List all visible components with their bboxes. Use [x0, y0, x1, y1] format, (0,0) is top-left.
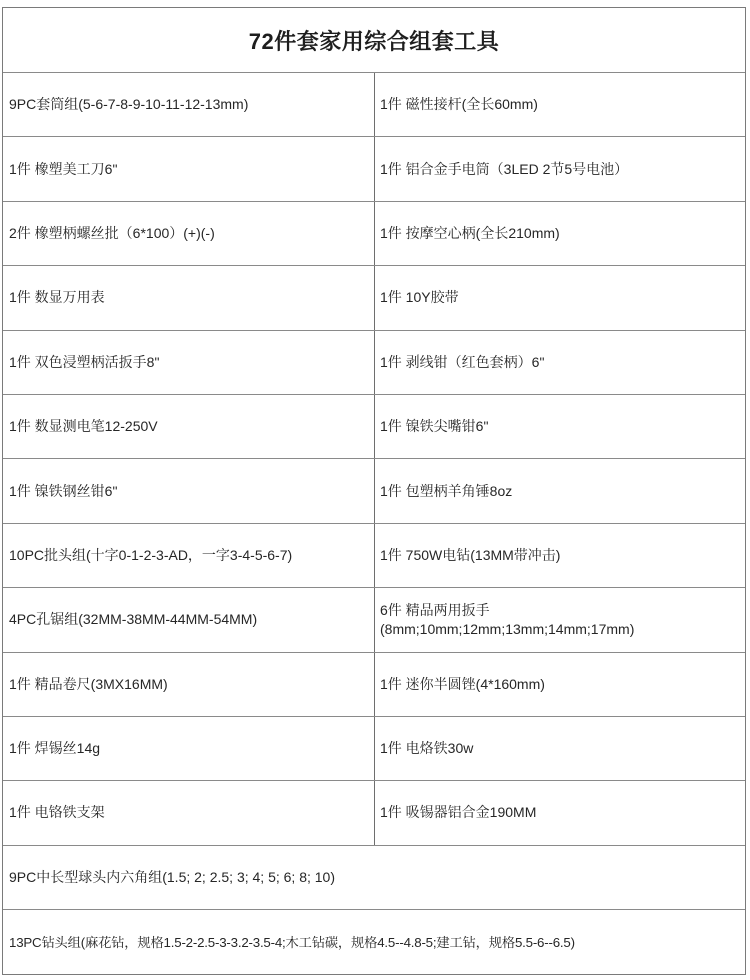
table-cell-left: 1件 橡塑美工刀6": [3, 137, 375, 200]
table-cell-left: 1件 镍铁钢丝钳6": [3, 459, 375, 522]
table-title-row: 72件套家用综合组套工具: [3, 8, 745, 73]
table-cell-right: 1件 剥线钳（红色套柄）6": [375, 331, 745, 394]
table-cell-left: 1件 数显测电笔12-250V: [3, 395, 375, 458]
table-row: 1件 镍铁钢丝钳6" 1件 包塑柄羊角锤8oz: [3, 459, 745, 523]
table-cell-right: 1件 磁性接杆(全长60mm): [375, 73, 745, 136]
table-cell-right: 6件 精品两用扳手 (8mm;10mm;12mm;13mm;14mm;17mm): [375, 588, 745, 651]
table-cell-left: 9PC套筒组(5-6-7-8-9-10-11-12-13mm): [3, 73, 375, 136]
table-row-full: 13PC钻头组(麻花钻，规格1.5-2-2.5-3-3.2-3.5-4;木工钻碳…: [3, 910, 745, 974]
table-row: 9PC套筒组(5-6-7-8-9-10-11-12-13mm) 1件 磁性接杆(…: [3, 73, 745, 137]
table-cell-right: 1件 镍铁尖嘴钳6": [375, 395, 745, 458]
table-row: 1件 双色浸塑柄活扳手8" 1件 剥线钳（红色套柄）6": [3, 331, 745, 395]
table-cell-left: 1件 电铬铁支架: [3, 781, 375, 844]
table-cell-left: 4PC孔锯组(32MM-38MM-44MM-54MM): [3, 588, 375, 651]
table-cell-right: 1件 铝合金手电筒（3LED 2节5号电池）: [375, 137, 745, 200]
table-cell-full: 13PC钻头组(麻花钻，规格1.5-2-2.5-3-3.2-3.5-4;木工钻碳…: [3, 910, 745, 974]
table-cell-left: 1件 数显万用表: [3, 266, 375, 329]
table-cell-left: 1件 精品卷尺(3MX16MM): [3, 653, 375, 716]
cell-line-1: 6件 精品两用扳手: [380, 601, 745, 620]
table-cell-right: 1件 电烙铁30w: [375, 717, 745, 780]
table-cell-right: 1件 吸锡器铝合金190MM: [375, 781, 745, 844]
table-row: 10PC批头组(十字0-1-2-3-AD，一字3-4-5-6-7) 1件 750…: [3, 524, 745, 588]
table-row: 1件 橡塑美工刀6" 1件 铝合金手电筒（3LED 2节5号电池）: [3, 137, 745, 201]
table-cell-left: 2件 橡塑柄螺丝批（6*100）(+)(-): [3, 202, 375, 265]
table-cell-right: 1件 包塑柄羊角锤8oz: [375, 459, 745, 522]
table-cell-right: 1件 按摩空心柄(全长210mm): [375, 202, 745, 265]
table-cell-left: 1件 焊锡丝14g: [3, 717, 375, 780]
table-row: 1件 精品卷尺(3MX16MM) 1件 迷你半圆锉(4*160mm): [3, 653, 745, 717]
table-title: 72件套家用综合组套工具: [249, 25, 499, 56]
table-cell-full: 9PC中长型球头内六角组(1.5; 2; 2.5; 3; 4; 5; 6; 8;…: [3, 846, 745, 909]
table-row: 2件 橡塑柄螺丝批（6*100）(+)(-) 1件 按摩空心柄(全长210mm): [3, 202, 745, 266]
table-cell-right: 1件 迷你半圆锉(4*160mm): [375, 653, 745, 716]
table-row: 1件 数显测电笔12-250V 1件 镍铁尖嘴钳6": [3, 395, 745, 459]
table-row-full: 9PC中长型球头内六角组(1.5; 2; 2.5; 3; 4; 5; 6; 8;…: [3, 846, 745, 910]
table-row: 1件 数显万用表 1件 10Y胶带: [3, 266, 745, 330]
table-cell-right: 1件 750W电钻(13MM带冲击): [375, 524, 745, 587]
table-row: 4PC孔锯组(32MM-38MM-44MM-54MM) 6件 精品两用扳手 (8…: [3, 588, 745, 652]
table-row: 1件 焊锡丝14g 1件 电烙铁30w: [3, 717, 745, 781]
table-cell-left: 10PC批头组(十字0-1-2-3-AD，一字3-4-5-6-7): [3, 524, 375, 587]
table-cell-left: 1件 双色浸塑柄活扳手8": [3, 331, 375, 394]
table-cell-right: 1件 10Y胶带: [375, 266, 745, 329]
tool-set-spec-table: 72件套家用综合组套工具 9PC套筒组(5-6-7-8-9-10-11-12-1…: [2, 7, 746, 975]
cell-line-2: (8mm;10mm;12mm;13mm;14mm;17mm): [380, 620, 745, 639]
table-row: 1件 电铬铁支架 1件 吸锡器铝合金190MM: [3, 781, 745, 845]
